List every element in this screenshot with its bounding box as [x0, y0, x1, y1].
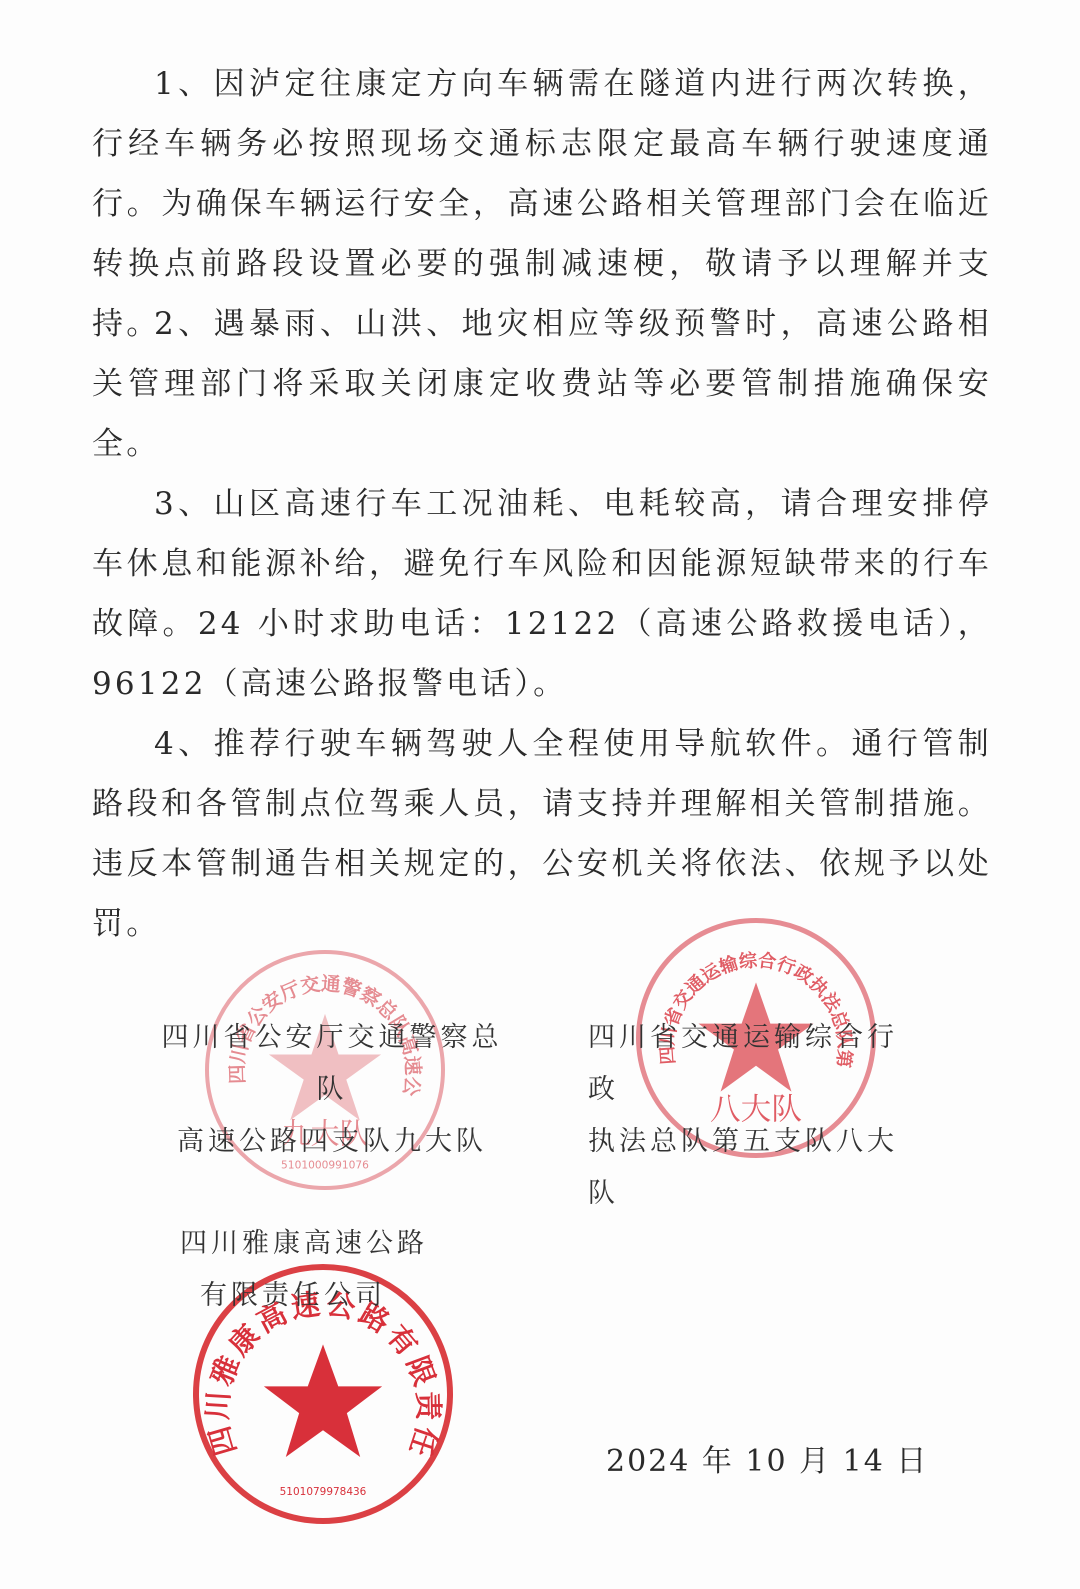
- paragraph-2: 2、遇暴雨、山洪、地灾相应等级预警时，高速公路相关管理部门将采取关闭康定收费站等…: [92, 294, 992, 474]
- signatory-company: 四川雅康高速公路 有限责任公司: [180, 1218, 500, 1322]
- svg-text:5101079978436: 5101079978436: [280, 1486, 367, 1498]
- signatory-line-1: 四川雅康高速公路: [180, 1218, 500, 1270]
- signatory-transport-enforcement: 四川省交通运输综合行政 执法总队第五支队八大队: [588, 1012, 928, 1220]
- paragraph-3: 3、山区高速行车工况油耗、电耗较高，请合理安排停车休息和能源补给，避免行车风险和…: [92, 474, 992, 714]
- signatory-line-2: 执法总队第五支队八大队: [588, 1116, 928, 1220]
- signatory-line-1: 四川省公安厅交通警察总队: [152, 1012, 512, 1116]
- signatory-line-1: 四川省交通运输综合行政: [588, 1012, 928, 1116]
- signatory-line-2: 高速公路四支队九大队: [152, 1116, 512, 1168]
- notice-page: 1、因泸定往康定方向车辆需在隧道内进行两次转换，行经车辆务必按照现场交通标志限定…: [0, 0, 1080, 1589]
- signatory-traffic-police: 四川省公安厅交通警察总队 高速公路四支队九大队: [152, 1012, 512, 1168]
- issue-date: 2024 年 10 月 14 日: [606, 1436, 928, 1480]
- paragraph-4: 4、推荐行驶车辆驾驶人全程使用导航软件。通行管制路段和各管制点位驾乘人员，请支持…: [92, 714, 992, 954]
- signatory-line-2: 有限责任公司: [180, 1270, 500, 1322]
